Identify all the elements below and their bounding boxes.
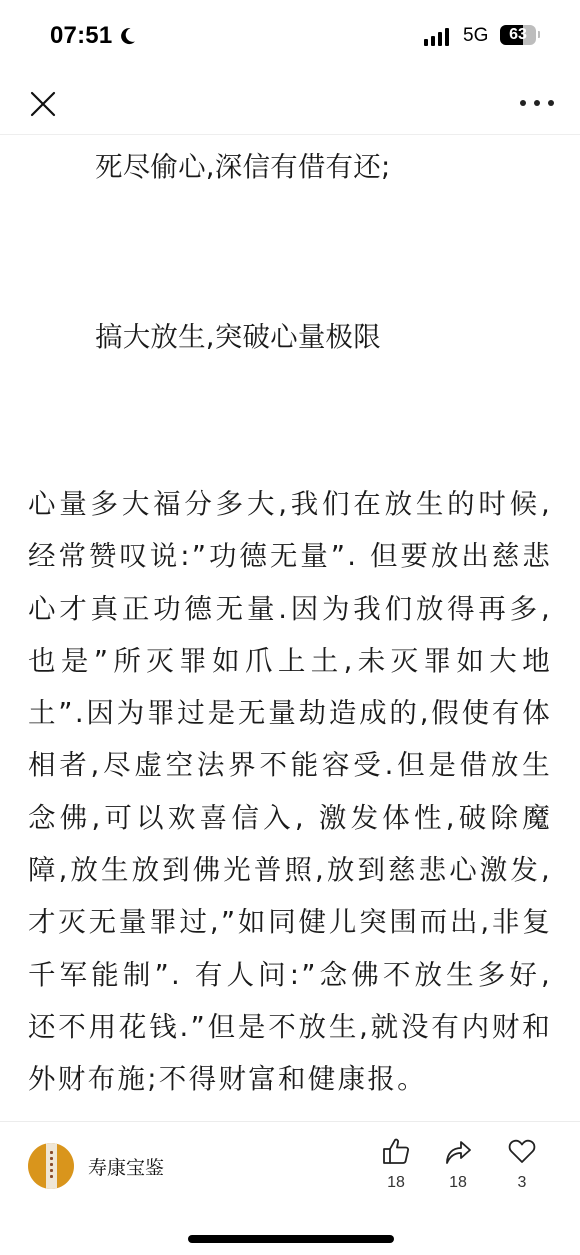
nav-bar — [0, 75, 580, 135]
avatar[interactable] — [28, 1143, 74, 1189]
article-body: 心量多大福分多大,我们在放生的时候,经常赞叹说:”功德无量”. 但要放出慈悲心才… — [28, 478, 552, 1106]
like-button[interactable]: 18 — [366, 1136, 426, 1192]
network-type: 5G — [463, 25, 488, 47]
battery-tip — [538, 31, 540, 38]
thumbs-up-icon — [381, 1136, 411, 1166]
battery-percent: 63 — [500, 25, 536, 45]
home-indicator[interactable] — [188, 1235, 394, 1243]
article-line-1: 死尽偷心,深信有借有还; — [95, 144, 390, 184]
status-time: 07:51 — [50, 22, 112, 50]
status-bar: 07:51 5G 63 — [0, 0, 580, 75]
more-icon[interactable] — [520, 95, 554, 111]
share-icon — [443, 1136, 473, 1166]
article-line-2: 搞大放生,突破心量极限 — [95, 314, 381, 354]
like-count: 18 — [366, 1174, 426, 1192]
article-content: 死尽偷心,深信有借有还; 搞大放生,突破心量极限 心量多大福分多大,我们在放生的… — [0, 136, 580, 1121]
share-button[interactable]: 18 — [428, 1136, 488, 1192]
favorite-count: 3 — [492, 1174, 552, 1192]
close-icon[interactable] — [28, 89, 58, 119]
favorite-button[interactable]: 3 — [492, 1136, 552, 1192]
signal-icon — [424, 28, 449, 46]
heart-icon — [507, 1136, 537, 1166]
share-count: 18 — [428, 1174, 488, 1192]
moon-icon — [117, 26, 137, 46]
author-name[interactable]: 寿康宝鉴 — [88, 1153, 164, 1180]
battery-icon: 63 — [500, 25, 536, 45]
